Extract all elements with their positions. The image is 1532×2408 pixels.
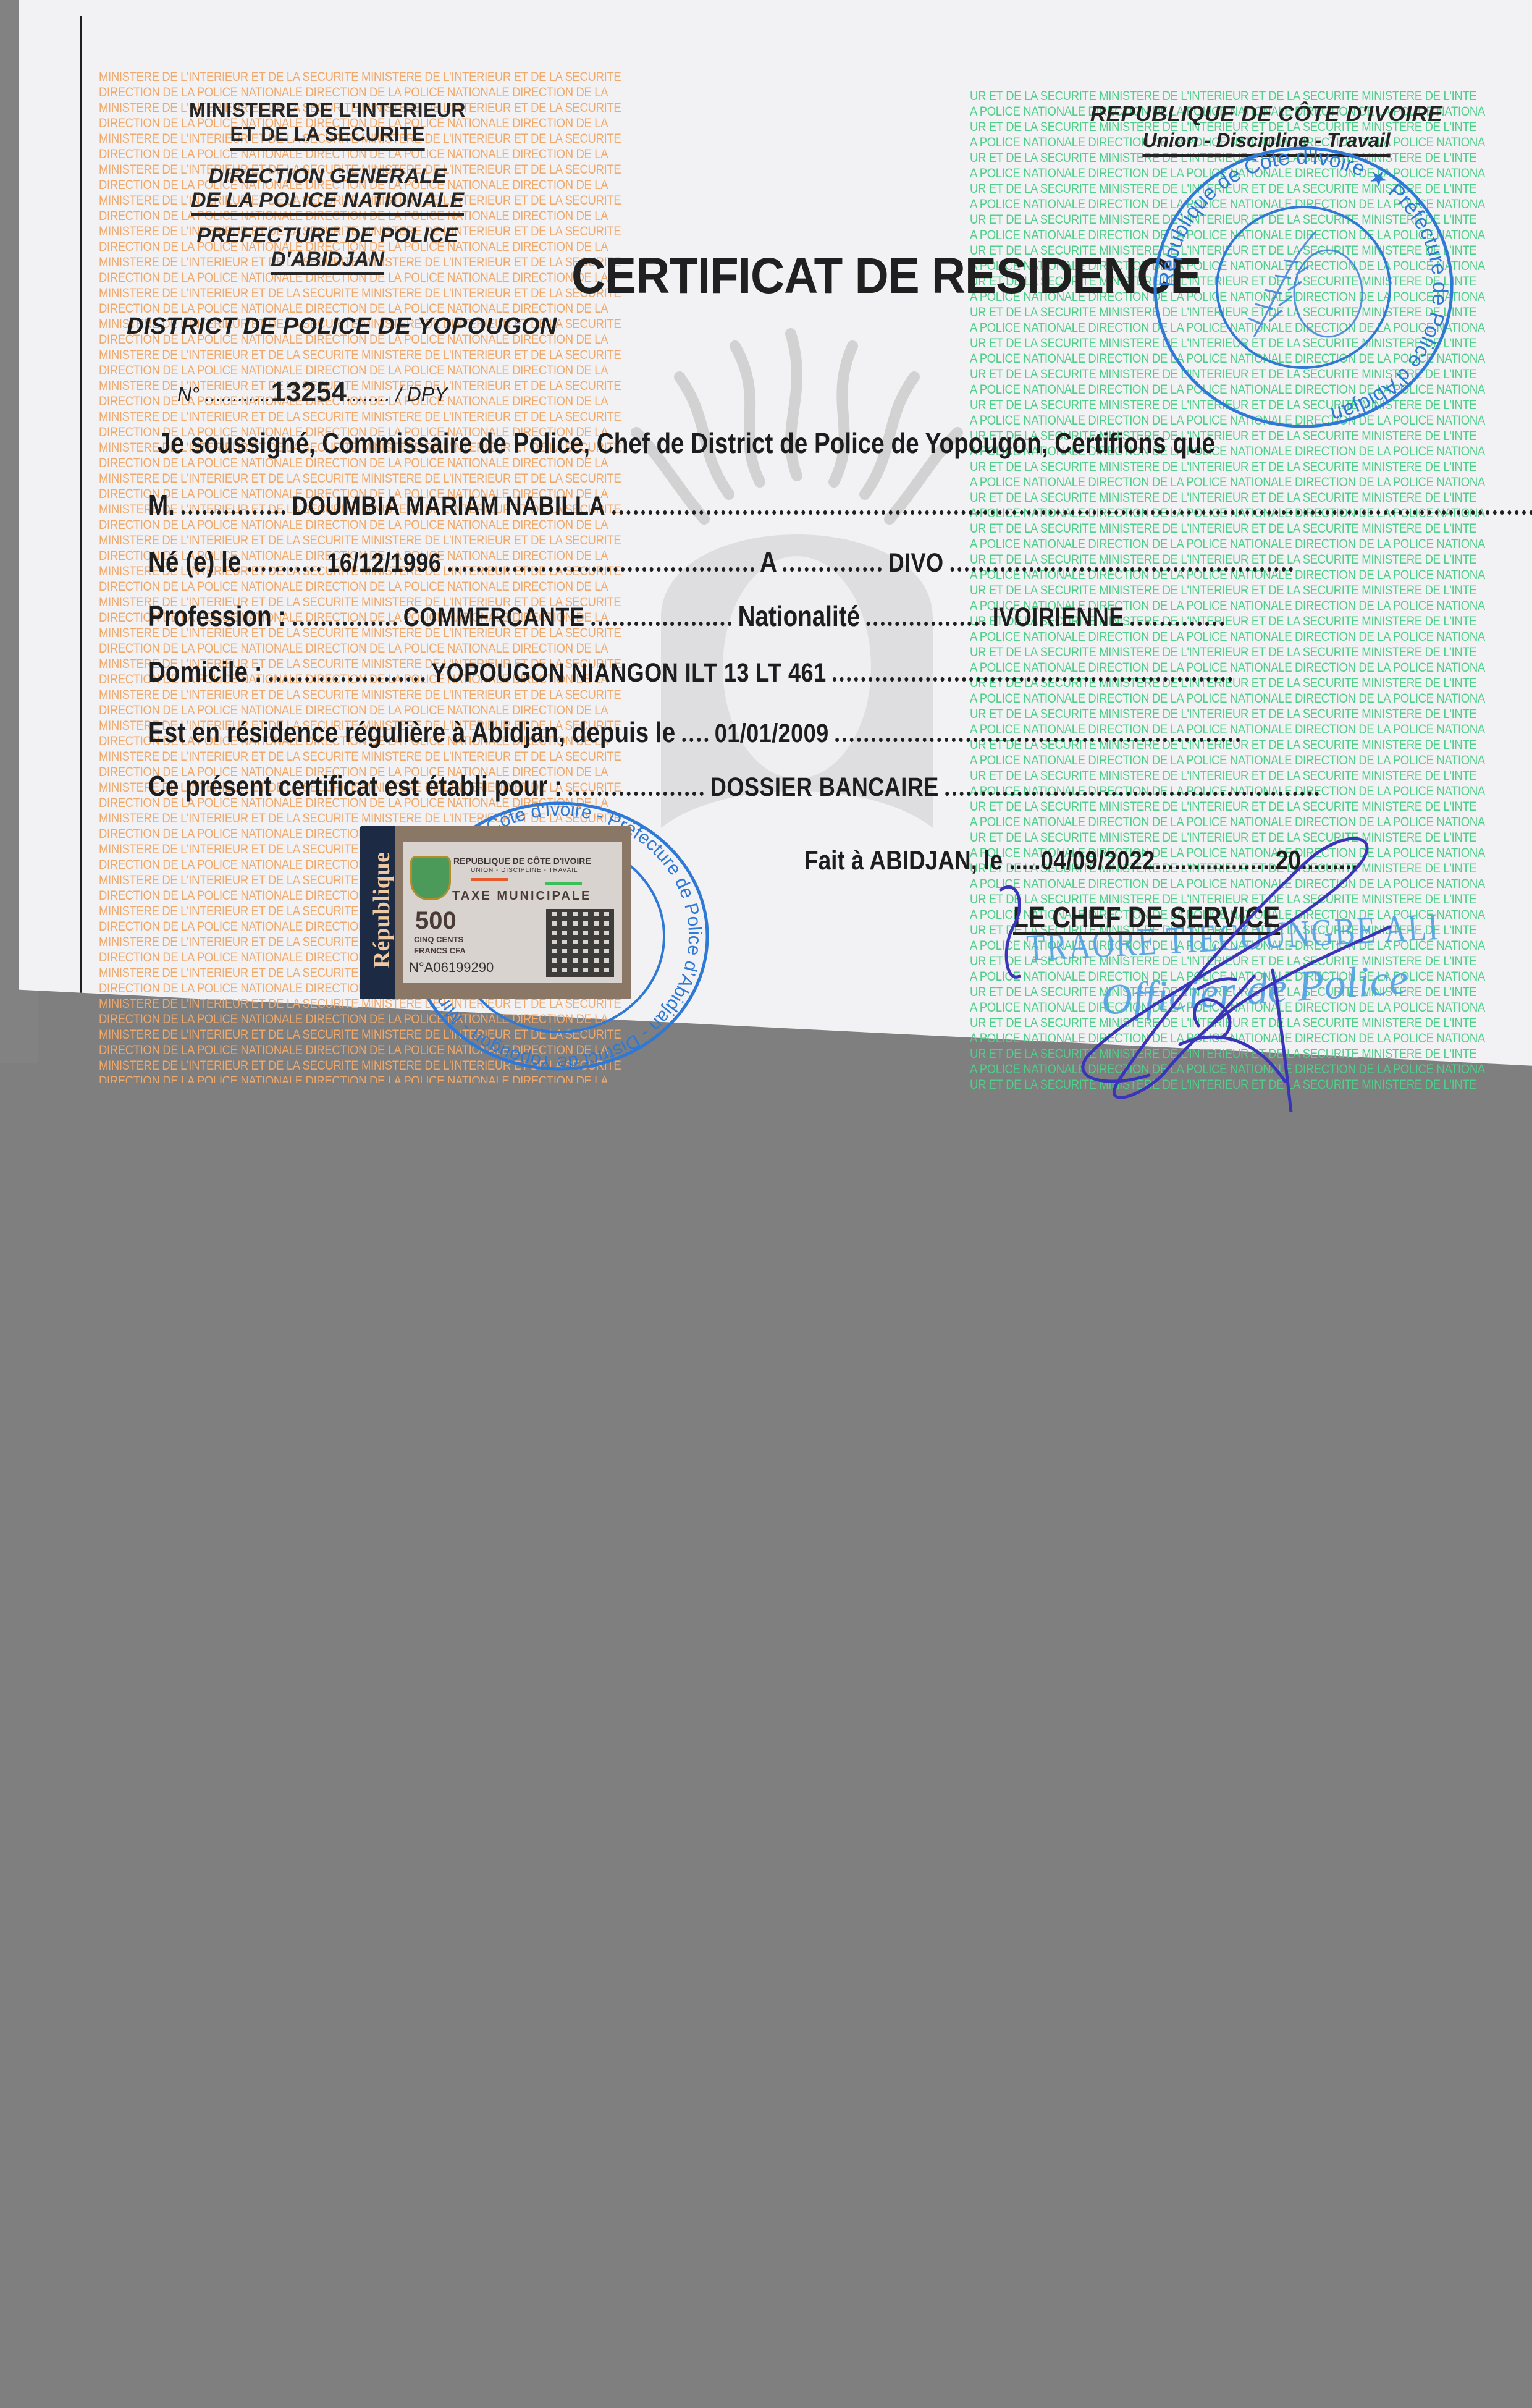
watermark-line: MINISTERE DE L'INTERIEUR ET DE LA SECURI… [99, 347, 625, 363]
handwritten-signature [964, 822, 1446, 1112]
watermark-line: MINISTERE DE L'INTERIEUR ET DE LA SECURI… [99, 409, 625, 425]
ministry-line2: ET DE LA SECURITE [111, 123, 544, 146]
watermark-line: A POLICE NATIONALE DIRECTION DE LA POLIC… [970, 753, 1485, 768]
prefecture-line1: PREFECTURE DE POLICE [111, 224, 544, 248]
watermark-line: MINISTERE DE L'INTERIEUR ET DE LA SECURI… [99, 69, 625, 85]
residence-line: Est en résidence régulière à Abidjan, de… [148, 716, 1240, 749]
name-line: M. DOUMBIA MARIAM NABILLA [148, 488, 1532, 522]
coat-of-arms-icon [410, 856, 451, 900]
number-suffix: / DPY [396, 383, 448, 405]
birth-line: Né (e) le 16/12/1996 A DIVO [148, 545, 1293, 578]
watermark-line: UR ET DE LA SECURITE MINISTERE DE L'INTE… [970, 521, 1485, 536]
birth-date: 16/12/1996 [327, 548, 441, 578]
watermark-line: MINISTERE DE L'INTERIEUR ET DE LA SECURI… [99, 471, 625, 486]
watermark-line: A POLICE NATIONALE DIRECTION DE LA POLIC… [970, 691, 1485, 706]
holder-name: DOUMBIA MARIAM NABILLA [292, 491, 605, 521]
domicile-label: Domicile : [148, 656, 263, 688]
watermark-line: UR ET DE LA SECURITE MINISTERE DE L'INTE… [970, 583, 1485, 598]
stamp-amount: 500 [415, 907, 457, 935]
residence-label: Est en résidence régulière à Abidjan, de… [148, 716, 675, 748]
birth-place-label: A [760, 546, 776, 578]
number-prefix: N° [177, 383, 200, 405]
watermark-line: MINISTERE DE L'INTERIEUR ET DE LA SECURI… [99, 285, 625, 301]
profession-line: Profession : COMMERCANTE Nationalité IVO… [148, 599, 1224, 633]
fiscal-tax-stamp: République REPUBLIQUE DE CÔTE D'IVOIRE U… [360, 826, 631, 999]
domicile-line: Domicile : YOPOUGON NIANGON ILT 13 LT 46… [148, 655, 1232, 688]
ministry-line1: MINISTERE DE L'INTERIEUR [111, 99, 544, 122]
margin-line [80, 16, 82, 1054]
watermark-line: DIRECTION DE LA POLICE NATIONALE DIRECTI… [99, 579, 625, 594]
profession-value: COMMERCANTE [403, 602, 585, 632]
profession-label: Profession : [148, 600, 286, 632]
svg-text:République de Côte d'Ivoire ★: République de Côte d'Ivoire ★ Préfecture… [1155, 145, 1452, 426]
birth-place: DIVO [888, 548, 944, 578]
purpose-line: Ce présent certificat est établi pour : … [148, 769, 1319, 803]
stamp-amount-words-2: FRANCS CFA [414, 946, 466, 955]
watermark-line: UR ET DE LA SECURITE MINISTERE DE L'INTE… [970, 459, 1485, 475]
watermark-line: MINISTERE DE L'INTERIEUR ET DE LA SECURI… [99, 687, 625, 703]
country-name: REPUBLIQUE DE CÔTE D'IVOIRE [1013, 102, 1520, 127]
document-title: CERTIFICAT DE RESIDENCE [571, 247, 1201, 305]
stamp-amount-words-1: CINQ CENTS [414, 935, 463, 944]
qr-code-icon [546, 909, 614, 977]
direction-line1: DIRECTION GENERALE [111, 164, 544, 188]
watermark-line: DIRECTION DE LA POLICE NATIONALE DIRECTI… [99, 363, 625, 378]
birth-label: Né (e) le [148, 546, 241, 578]
watermark-line: DIRECTION DE LA POLICE NATIONALE DIRECTI… [99, 85, 625, 100]
name-label: M. [148, 489, 175, 521]
number-value: 13254 [271, 377, 346, 407]
official-round-seal-top: République de Côte d'Ivoire ★ Préfecture… [1137, 139, 1470, 429]
district-name: DISTRICT DE POLICE DE YOPOUGON [127, 313, 557, 340]
stamp-body: REPUBLIQUE DE CÔTE D'IVOIRE UNION - DISC… [403, 842, 622, 983]
stamp-side-band: République [360, 826, 395, 999]
issuing-authority-header: MINISTERE DE L'INTERIEUR ET DE LA SECURI… [111, 99, 544, 272]
direction-line2: DE LA POLICE NATIONALE [111, 188, 544, 213]
nationality-label: Nationalité [738, 600, 861, 632]
seal-text-outer: République de Côte d'Ivoire ★ Préfecture… [1155, 145, 1452, 426]
flag-bar-orange [471, 878, 508, 881]
stamp-serial: N°A06199290 [409, 960, 494, 976]
nationality-value: IVOIRIENNE [993, 602, 1124, 632]
residence-since: 01/01/2009 [715, 719, 829, 748]
stamp-tax-type: TAXE MUNICIPALE [452, 889, 591, 903]
prefecture-line2: D'ABIDJAN [111, 248, 544, 272]
watermark-line: DIRECTION DE LA POLICE NATIONALE DIRECTI… [99, 270, 625, 285]
stamp-side-label: République [368, 830, 395, 991]
watermark-line: MINISTERE DE L'INTERIEUR ET DE LA SECURI… [99, 749, 625, 764]
stamp-motto: UNION - DISCIPLINE - TRAVAIL [471, 867, 578, 874]
flag-bar-green [545, 882, 582, 885]
certificate-number: N° ............13254........ / DPY [177, 377, 447, 408]
stamp-country: REPUBLIQUE DE CÔTE D'IVOIRE [453, 856, 591, 866]
purpose-value: DOSSIER BANCAIRE [710, 772, 939, 802]
watermark-line: DIRECTION DE LA POLICE NATIONALE DIRECTI… [99, 641, 625, 656]
certification-intro: Je soussigné, Commissaire de Police, Che… [158, 426, 1215, 460]
domicile-value: YOPOUGON NIANGON ILT 13 LT 461 [431, 658, 826, 688]
